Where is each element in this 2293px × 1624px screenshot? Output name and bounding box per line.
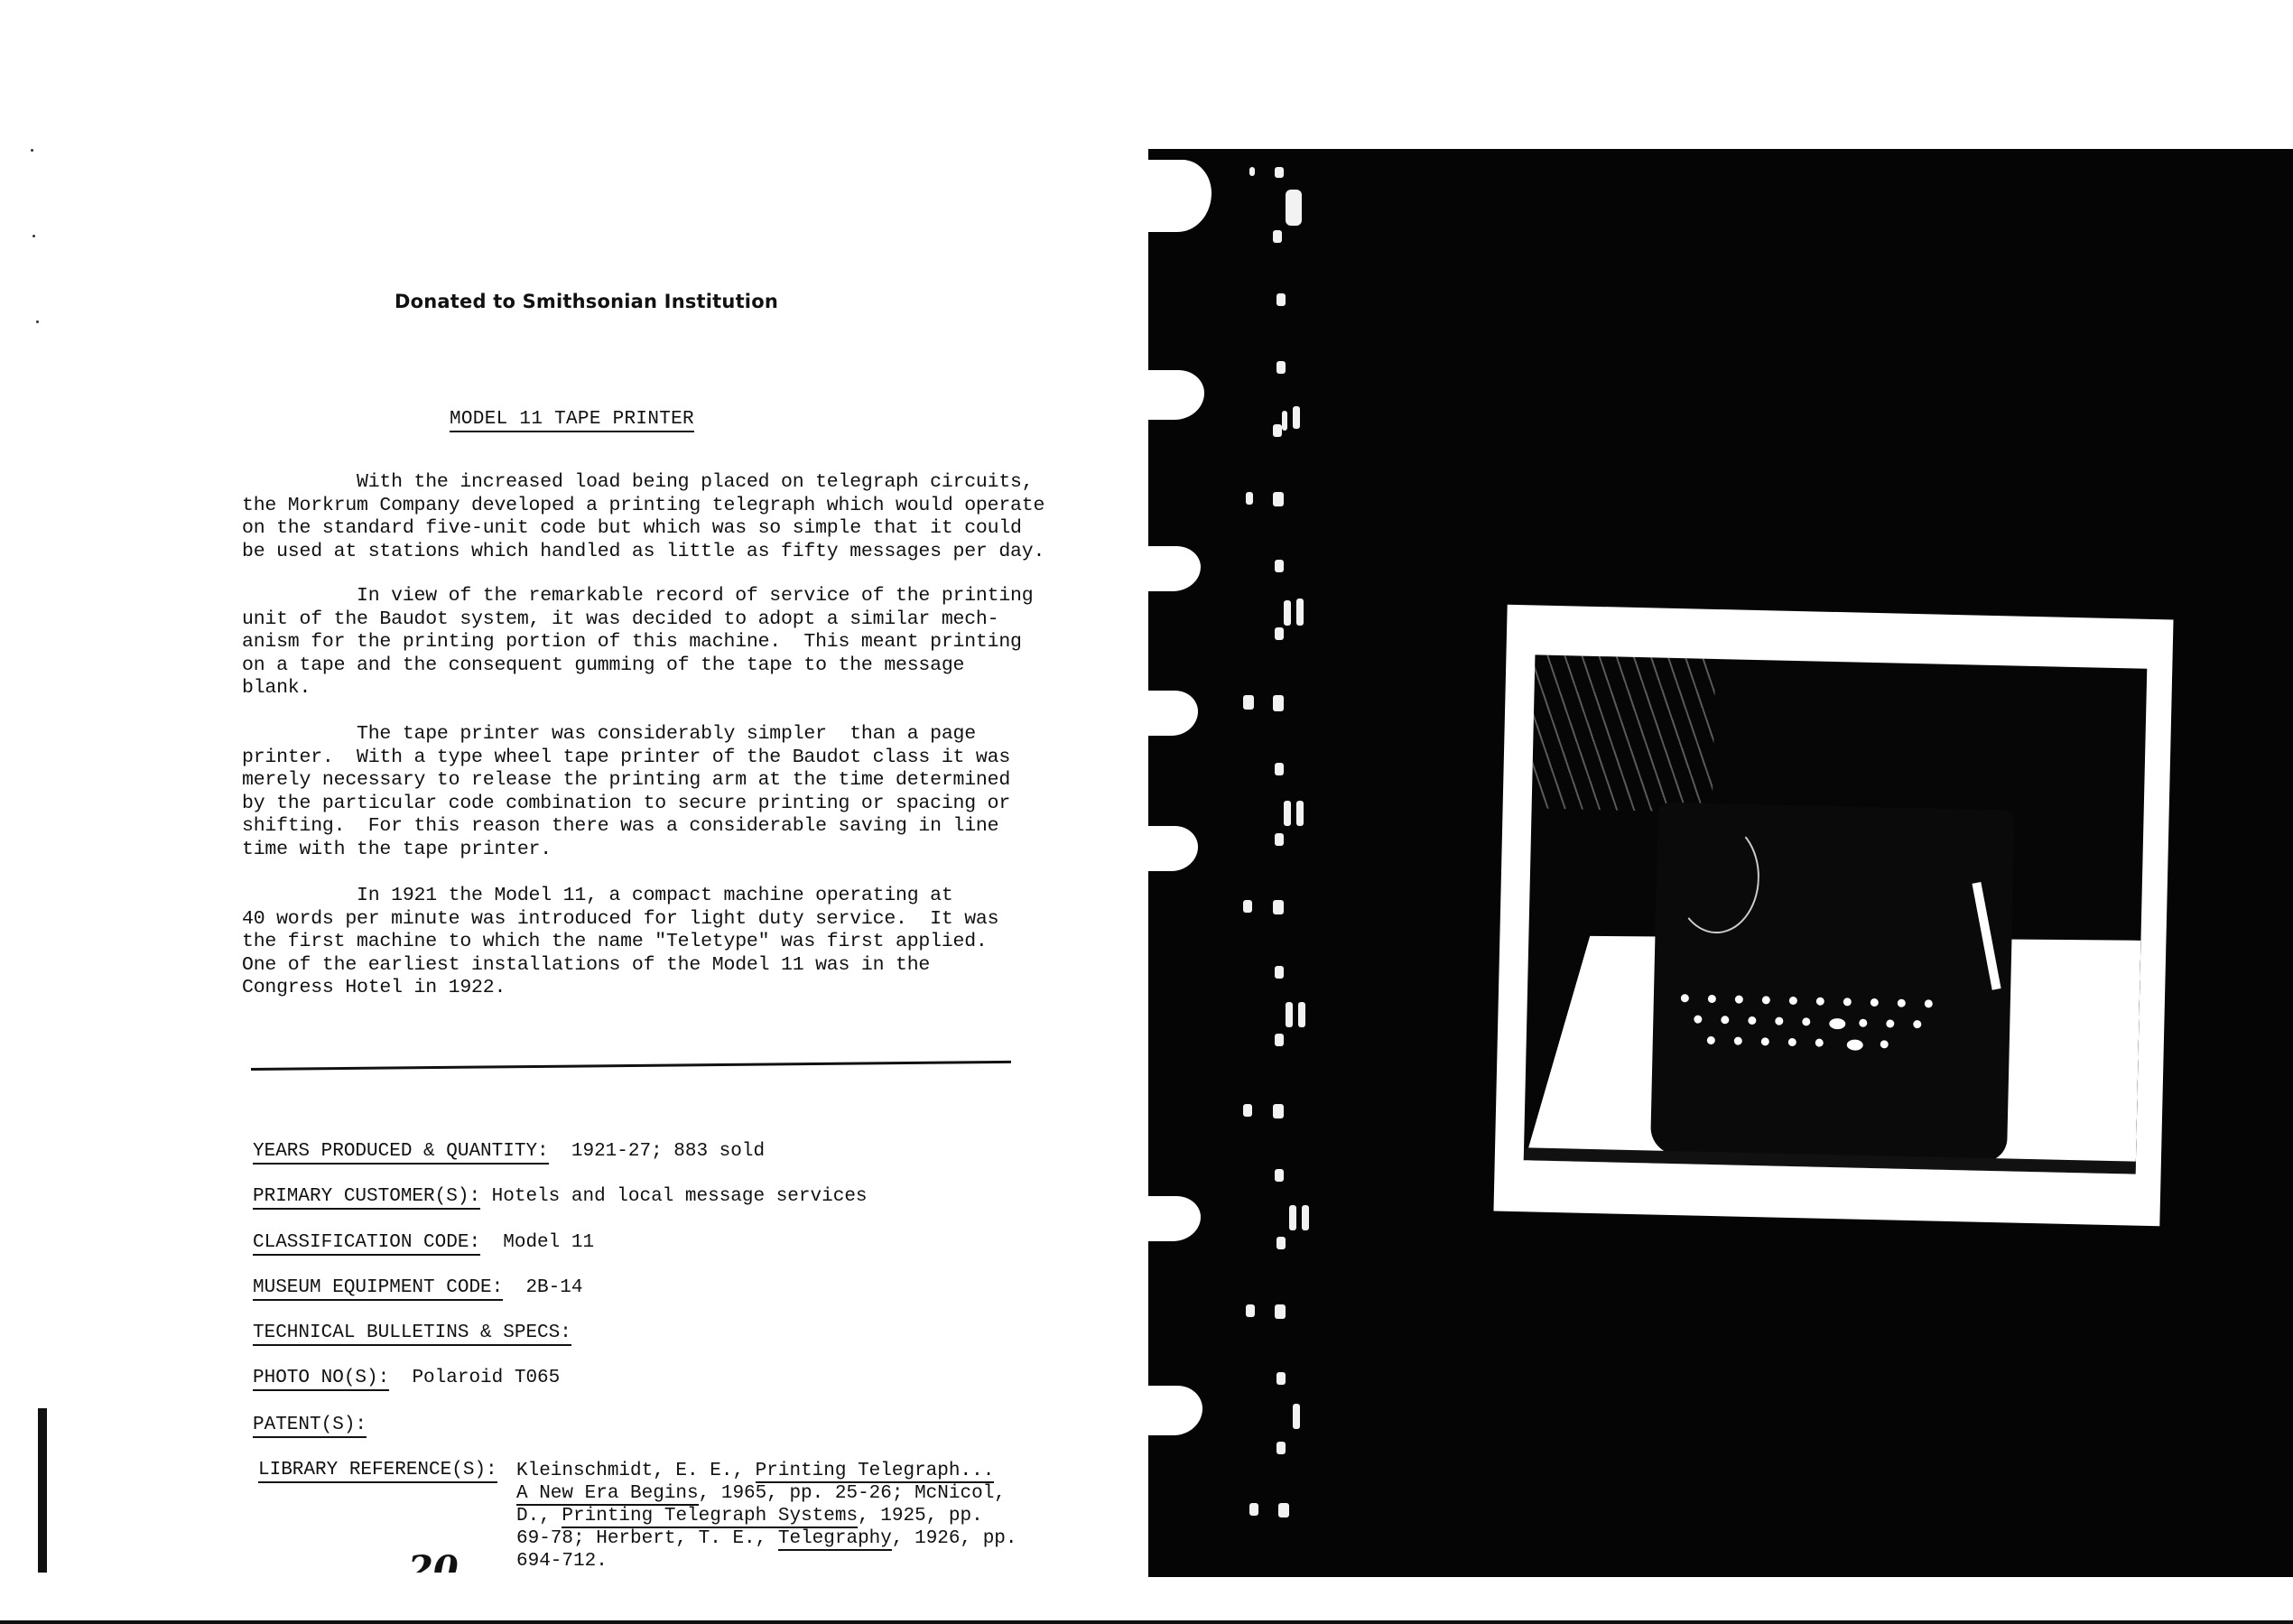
- polaroid-photo: [1493, 605, 2173, 1227]
- ref-text: 694-712.: [516, 1551, 608, 1572]
- key: [1913, 1020, 1921, 1028]
- frame-number: [1293, 406, 1300, 429]
- frame-mark: [1275, 1304, 1286, 1319]
- frame-mark: [1275, 966, 1284, 979]
- frame-mark: [1273, 695, 1284, 711]
- donation-note: Donated to Smithsonian Institution: [395, 291, 778, 312]
- key: [1847, 1039, 1863, 1050]
- frame-mark: [1273, 1104, 1284, 1118]
- key: [1898, 999, 1906, 1007]
- key: [1775, 1017, 1783, 1025]
- frame-mark: [1246, 492, 1253, 505]
- field-label: CLASSIFICATION CODE:: [253, 1232, 480, 1256]
- field-value: 1921-27; 883 sold: [549, 1141, 765, 1162]
- frame-mark: [1276, 1372, 1286, 1385]
- field-library-references: LIBRARY REFERENCE(S):: [258, 1460, 497, 1480]
- key: [1707, 1036, 1715, 1044]
- frame-number: [1286, 1002, 1293, 1027]
- frame-mark: [1243, 1104, 1252, 1117]
- key: [1748, 1016, 1756, 1025]
- key: [1762, 996, 1770, 1004]
- field-technical-bulletins: TECHNICAL BULLETINS & SPECS:: [253, 1322, 571, 1343]
- paragraph-4: In 1921 the Model 11, a compact machine …: [242, 885, 1036, 1000]
- scan-speck: [31, 149, 33, 152]
- sprocket-hole: [1148, 826, 1198, 871]
- teletype-image: [1524, 654, 2148, 1174]
- background-pattern: [1532, 654, 1716, 812]
- paragraph-2: In view of the remarkable record of serv…: [242, 585, 1036, 701]
- field-label: MUSEUM EQUIPMENT CODE:: [253, 1277, 503, 1301]
- key: [1815, 1039, 1824, 1047]
- key: [1886, 1019, 1894, 1027]
- field-label: PATENT(S):: [253, 1415, 367, 1438]
- key: [1734, 1037, 1742, 1045]
- frame-number: [1282, 411, 1287, 431]
- page-bottom-edge: [0, 1620, 2293, 1624]
- frame-number: [1289, 1205, 1296, 1230]
- carriage-lever: [1972, 882, 2001, 990]
- key: [1816, 998, 1824, 1006]
- field-label: PRIMARY CUSTOMER(S):: [253, 1186, 480, 1210]
- frame-number: [1296, 801, 1304, 826]
- scan-speck: [32, 235, 35, 237]
- frame-mark: [1273, 230, 1282, 243]
- key: [1708, 995, 1716, 1003]
- sprocket-hole: [1148, 160, 1211, 232]
- type-wheel: [1674, 821, 1761, 934]
- key: [1802, 1017, 1810, 1025]
- frame-number: [1284, 801, 1291, 826]
- teletype-machine: [1650, 803, 2015, 1163]
- document-title: MODEL 11 TAPE PRINTER: [450, 409, 694, 432]
- ref-text: Kleinschmidt, E. E.,: [516, 1461, 756, 1481]
- frame-mark: [1275, 1169, 1284, 1182]
- frame-number: [1296, 599, 1304, 626]
- sprocket-hole: [1148, 1196, 1201, 1241]
- ref-text: D.,: [516, 1506, 562, 1527]
- frame-mark: [1276, 1442, 1286, 1454]
- frame-mark: [1243, 900, 1252, 913]
- frame-mark: [1275, 627, 1284, 640]
- frame-mark: [1249, 1503, 1258, 1516]
- frame-mark: [1275, 833, 1284, 846]
- frame-mark: [1276, 1237, 1286, 1249]
- key: [1880, 1040, 1889, 1048]
- ref-text: , 1925, pp.: [858, 1506, 983, 1527]
- scan-speck: [36, 320, 39, 323]
- key: [1789, 997, 1797, 1005]
- key: [1829, 1018, 1845, 1029]
- field-photo-numbers: PHOTO NO(S): Polaroid T065: [253, 1368, 560, 1388]
- frame-mark: [1275, 763, 1284, 775]
- key: [1761, 1037, 1769, 1045]
- field-classification-code: CLASSIFICATION CODE: Model 11: [253, 1232, 594, 1253]
- section-divider: [251, 1061, 1011, 1071]
- field-value: 2B-14: [503, 1277, 582, 1298]
- sprocket-hole: [1148, 370, 1204, 420]
- frame-mark: [1275, 167, 1284, 178]
- field-value: Hotels and local message services: [480, 1186, 867, 1207]
- ref-title: Printing Telegraph Systems: [562, 1506, 858, 1528]
- key: [1681, 994, 1689, 1002]
- frame-number: [1302, 1205, 1309, 1230]
- key: [1843, 998, 1852, 1006]
- field-label: YEARS PRODUCED & QUANTITY:: [253, 1141, 549, 1165]
- field-years-produced: YEARS PRODUCED & QUANTITY: 1921-27; 883 …: [253, 1141, 765, 1162]
- frame-mark: [1273, 492, 1284, 506]
- ref-title: A New Era Begins: [516, 1483, 699, 1506]
- ref-title: Telegraphy: [778, 1528, 892, 1551]
- binding-mark: [38, 1408, 47, 1573]
- frame-mark: [1243, 695, 1254, 710]
- sprocket-hole: [1148, 1386, 1202, 1435]
- field-value: Model 11: [480, 1232, 594, 1253]
- frame-mark: [1273, 424, 1282, 437]
- field-label: TECHNICAL BULLETINS & SPECS:: [253, 1322, 571, 1346]
- ref-title: Printing Telegraph...: [756, 1461, 995, 1483]
- key: [1925, 999, 1933, 1007]
- frame-mark: [1249, 167, 1255, 176]
- frame-number: [1298, 1002, 1305, 1027]
- sprocket-hole: [1148, 691, 1198, 736]
- sprocket-hole: [1148, 546, 1201, 591]
- ref-text: 69-78; Herbert, T. E.,: [516, 1528, 778, 1549]
- frame-mark: [1276, 293, 1286, 306]
- frame-number: [1286, 190, 1302, 226]
- key: [1694, 1016, 1702, 1024]
- paragraph-1: With the increased load being placed on …: [242, 471, 1036, 563]
- frame-mark: [1275, 1034, 1284, 1046]
- library-references-text: Kleinschmidt, E. E., Printing Telegraph.…: [516, 1460, 1017, 1573]
- key: [1859, 1019, 1867, 1027]
- frame-mark: [1276, 361, 1286, 374]
- paragraph-3: The tape printer was considerably simple…: [242, 723, 1036, 861]
- frame-mark: [1273, 900, 1284, 914]
- key: [1788, 1038, 1796, 1046]
- field-label: PHOTO NO(S):: [253, 1368, 389, 1391]
- ref-text: , 1926, pp.: [892, 1528, 1017, 1549]
- field-value: Polaroid T065: [389, 1368, 560, 1388]
- field-label: LIBRARY REFERENCE(S):: [258, 1460, 497, 1483]
- frame-mark: [1275, 560, 1284, 572]
- frame-number: [1284, 600, 1291, 626]
- page-number: 20: [408, 1547, 459, 1573]
- frame-mark: [1278, 1503, 1289, 1517]
- field-museum-equipment-code: MUSEUM EQUIPMENT CODE: 2B-14: [253, 1277, 582, 1298]
- frame-number: [1293, 1404, 1300, 1429]
- key: [1735, 996, 1743, 1004]
- key: [1721, 1016, 1729, 1024]
- ref-text: , 1965, pp. 25-26; McNicol,: [699, 1483, 1006, 1504]
- frame-mark: [1246, 1304, 1255, 1317]
- key: [1871, 998, 1879, 1007]
- field-primary-customers: PRIMARY CUSTOMER(S): Hotels and local me…: [253, 1186, 868, 1207]
- field-patents: PATENT(S):: [253, 1415, 367, 1435]
